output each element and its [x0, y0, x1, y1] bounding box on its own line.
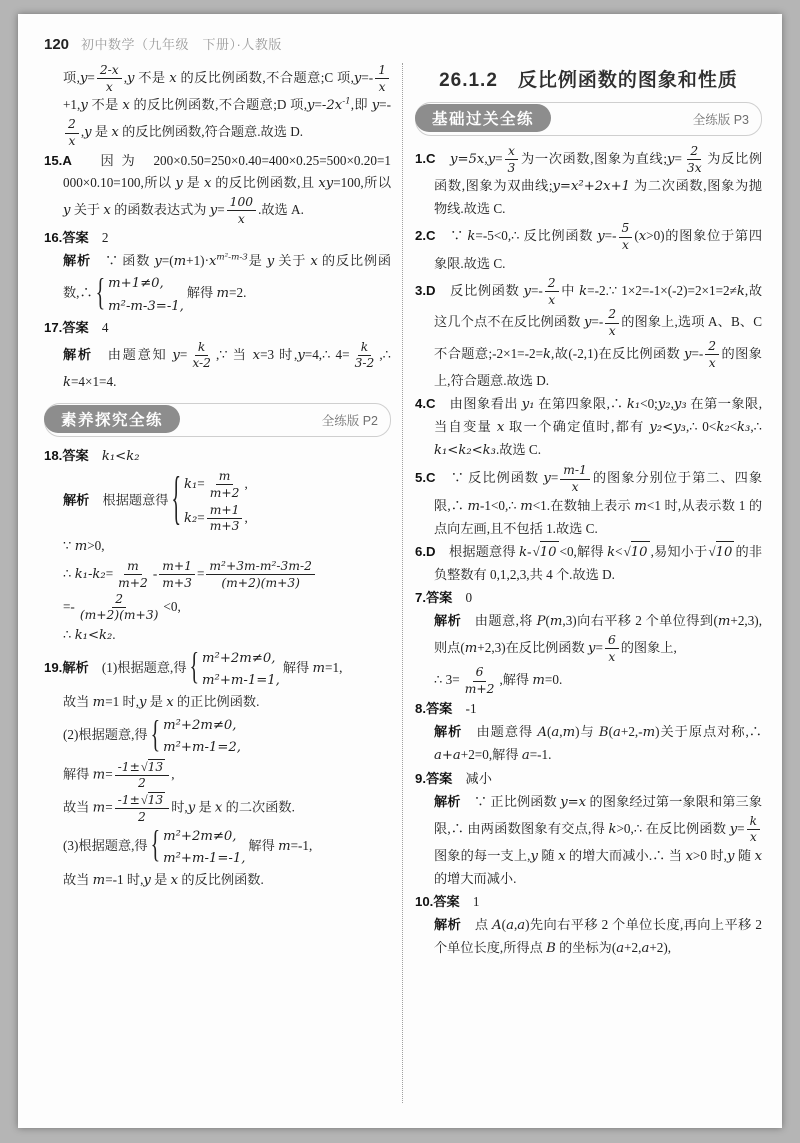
text-run: 解得 [283, 660, 313, 675]
text-run: 的增大而减小.∴ 当 [566, 848, 686, 863]
numerator: 2 [65, 117, 79, 133]
denominator: m+3 [207, 519, 243, 534]
numerator: 2 [112, 592, 126, 608]
text-run: =1 时, [105, 694, 139, 709]
fraction: mm+2 [115, 559, 151, 590]
text-run: 故当 [63, 694, 93, 709]
numerator: 2 [545, 276, 559, 292]
text-run: =4,∴ 4= [305, 346, 350, 361]
text-run: = [217, 202, 224, 217]
math-run: k₁-k₂ [75, 567, 106, 582]
denominator: 3-2 [352, 356, 378, 371]
denominator: x [747, 830, 760, 845]
bold-label: 1.C [415, 151, 436, 166]
text-run: >0, [87, 538, 104, 553]
math-run: y [530, 849, 537, 864]
math-run: B [546, 941, 556, 956]
text-run: = [105, 799, 112, 814]
workbook-page-ref: 全练版 P3 [693, 110, 749, 128]
text-run: ,易知小于 [651, 544, 708, 559]
numerator: m+1 [159, 559, 195, 575]
text-run: =( [162, 253, 174, 268]
denominator: m+2 [207, 485, 243, 500]
math-run: m [563, 725, 576, 740]
text-run: , [244, 476, 247, 491]
radicand: 10 [540, 541, 559, 564]
fraction: k3-2 [352, 340, 378, 371]
solution-line: 10.答案 1 [415, 891, 762, 913]
left-column: 项,y=2-xx,y 不是 x 的反比例函数,不合题意;C 项,y=-1x+1,… [44, 63, 402, 1103]
solution-line: 解析 ∵ 正比例函数 y=x 的图象经过第一象限和第三象限,∴ 由两函数图象有交… [415, 791, 762, 890]
text-run: =-1. [530, 747, 552, 762]
text-run: ,∴ 0< [686, 419, 716, 434]
math-run: k₁<k₂ [75, 628, 113, 643]
text-run: , [171, 766, 174, 781]
numerator: -1±√13 [115, 759, 170, 776]
text-run: 关于 [274, 253, 310, 268]
fraction: 2x [605, 307, 619, 338]
bold-label: 解析 [434, 794, 461, 809]
math-run: x [755, 849, 762, 864]
text-run: =-1 时, [105, 872, 143, 887]
text-run: 的图象上, [621, 640, 677, 655]
solution-line: (3)根据题意,得{m²+2m≠0,m²+m-1=-1,解得 m=-1, [44, 826, 391, 868]
section-header-basics: 基础过关全练 全练版 P3 [415, 102, 762, 136]
text-run: <0; [640, 396, 658, 411]
math-run: -1± [118, 760, 140, 774]
solution-line: 9.答案 减小 [415, 768, 762, 790]
radical-sign: √ [624, 541, 631, 563]
case-rows: m+1≠0,m²-m-3=-1, [108, 273, 184, 315]
solution-line: 5.C ∵ 反比例函数 y=m-1x的图象分别位于第二、四象限,∴ m-1<0,… [415, 463, 762, 539]
fraction: mm+2 [207, 469, 243, 500]
math-run: xy [318, 176, 333, 191]
text-run: =0. [545, 672, 562, 687]
text-run: 是 [146, 694, 166, 709]
text-run: = [674, 151, 681, 166]
solution-line: 1.C y=5x,y=x3为一次函数,图象为直线;y=23x为反比例函数,图象为… [415, 144, 762, 220]
denominator: x [605, 649, 618, 664]
text-run: ∴ 3= [434, 672, 460, 687]
math-run: y [175, 176, 182, 191]
denominator: 2 [135, 809, 149, 824]
text-run: = [105, 766, 112, 781]
fraction: m²+3m-m²-3m-2(m+2)(m+3) [206, 559, 314, 590]
solution-line: ∴ k₁<k₂. [44, 624, 391, 647]
math-run: a [522, 748, 530, 763]
radical-sign: √ [141, 760, 148, 775]
math-run: y [597, 229, 604, 244]
math-run: x [310, 254, 317, 269]
denominator: x [569, 480, 582, 495]
text-run: >0 时, [693, 848, 727, 863]
text-run: 点 [461, 917, 492, 932]
text-run: =- [531, 283, 543, 298]
section-header-exploration: 素养探究全练 全练版 P2 [44, 403, 391, 437]
fraction: 6m+2 [462, 665, 498, 696]
solution-line: (2)根据题意,得{m²+2m≠0,m²+m-1=2, [44, 715, 391, 757]
bold-label: 2.C [415, 228, 436, 243]
case-row: m²-m-3=-1, [108, 296, 184, 316]
superscript: -1 [342, 97, 350, 107]
text-run: ,∴ [379, 346, 391, 361]
math-run: y [543, 471, 550, 486]
text-run: 由题意得 [462, 724, 537, 739]
text-run: =- [691, 346, 703, 361]
cases-brace: { [172, 472, 182, 531]
text-run: 是 [183, 175, 204, 190]
numerator: 2 [687, 144, 701, 160]
math-run: x [558, 849, 565, 864]
radicand: 13 [148, 792, 166, 808]
fraction: m+1m+3 [207, 503, 243, 534]
solution-line: 解析 ∵ 函数 y=(m+1)·xm²-m-3是 y 关于 x 的反比例函数,∴… [44, 250, 391, 315]
text-run: 的增大而减小. [434, 871, 516, 886]
text-run: =- [361, 70, 373, 85]
math-run: -1± [118, 793, 140, 807]
math-run: a [517, 918, 525, 933]
numerator: 5 [619, 221, 633, 237]
solution-line: 解析 由题意得 A(a,m)与 B(a+2,-m)关于原点对称,∴ a+a+2=… [415, 721, 762, 767]
denominator: m+2 [462, 682, 498, 697]
text-run: =-5<0,∴ 反比例函数 [475, 228, 597, 243]
text-run: (3)根据题意,得 [63, 838, 148, 853]
denominator: x [103, 79, 116, 94]
bold-label: 9.答案 [415, 771, 452, 786]
text-run: ,3)向右平移 2 个单位得到( [562, 613, 717, 628]
denominator: x [606, 324, 619, 339]
solution-line: 解析 由题意,将 P(m,3)向右平移 2 个单位得到(m+2,3),则点(m+… [415, 610, 762, 664]
case-row: m²+m-1=-1, [163, 848, 245, 868]
text-run: 的反比例函数. [178, 872, 264, 887]
fraction: x3 [505, 144, 519, 175]
bold-label: 解析 [63, 493, 89, 508]
fraction: -1±√132 [115, 759, 170, 791]
text-run: =1, [325, 660, 342, 675]
case-row: m²+m-1=1, [202, 670, 280, 690]
text-run: 0 [452, 590, 472, 605]
text-run: 的反比例函数,不合题意;D 项, [130, 97, 307, 112]
math-run: y [172, 347, 179, 362]
fraction: 2x [65, 117, 79, 148]
solution-line: ∴ k₁-k₂=mm+2-m+1m+3=m²+3m-m²-3m-2(m+2)(m… [44, 559, 391, 590]
text-run [89, 448, 102, 463]
numerator: m+1 [207, 503, 243, 519]
numerator: k [195, 340, 208, 356]
text-run: 是 [195, 799, 215, 814]
text-run: 故当 [63, 872, 93, 887]
right-column: 26.1.2 反比例函数的图象和性质 基础过关全练 全练版 P3 1.C y=5… [402, 63, 762, 1103]
text-run: = [197, 509, 204, 524]
solution-line: 15.A 因为 200×0.50=250×0.40=400×0.25=500×0… [44, 150, 391, 226]
solution-line: 2.C ∵ k=-5<0,∴ 反比例函数 y=-5x(x>0)的图象位于第四象限… [415, 221, 762, 274]
math-run: m [75, 539, 88, 554]
text-run: +2, [624, 940, 641, 955]
text-run: .故选 C. [496, 442, 541, 457]
text-run: < [615, 544, 622, 559]
case-row: k₂=m+1m+3, [184, 503, 248, 534]
text-run: =4×1=4. [71, 374, 116, 389]
text-run: 4 [89, 320, 109, 335]
left-solutions-top: 项,y=2-xx,y 不是 x 的反比例函数,不合题意;C 项,y=-1x+1,… [44, 63, 391, 394]
math-run: y=x²+2x+1 [552, 179, 630, 194]
text-run: +1)· [186, 253, 209, 268]
sqrt: √10 [533, 541, 559, 564]
cases-brace: { [151, 828, 161, 866]
math-run: x [103, 203, 110, 218]
solution-line: 3.D 反比例函数 y=-2x中 k=-2.∵ 1×2=-1×(-2)=2×1=… [415, 276, 762, 392]
text-run: - [153, 566, 157, 581]
book-edition-title: 初中数学（九年级 下册）·人教版 [81, 34, 282, 53]
math-run: m²+m-1=1, [202, 673, 280, 688]
math-run: y=x [560, 795, 586, 810]
bold-label: 解析 [434, 724, 462, 739]
bold-label: 7.答案 [415, 590, 452, 605]
text-run: 解得 [63, 766, 93, 781]
text-run: 由图象看出 [436, 396, 522, 411]
math-run: y₂<y₃ [649, 420, 686, 435]
math-run: k [63, 375, 71, 390]
text-run: 故当 [63, 799, 93, 814]
math-run: y₃ [674, 397, 687, 412]
fraction: kx-2 [189, 340, 214, 371]
text-run: +2=0,解得 [461, 747, 522, 762]
math-run: y₂ [658, 397, 671, 412]
math-run: k [609, 822, 617, 837]
math-run: m [465, 641, 478, 656]
math-run: y [523, 284, 530, 299]
text-run: 解得 [248, 838, 278, 853]
text-run: 在第四象限,∴ [535, 396, 627, 411]
text-run: 中 [561, 283, 580, 298]
denominator: x [706, 355, 719, 370]
text-run: ,即 [351, 97, 372, 112]
math-run: y₁ [522, 397, 535, 412]
numerator: 2 [705, 339, 719, 355]
numerator: 100 [227, 195, 256, 211]
text-run: 的反比例函数,符合题意.故选 D. [119, 124, 303, 139]
fraction: 100x [227, 195, 256, 226]
math-run: k [519, 545, 527, 560]
text-run: =- [379, 97, 391, 112]
solution-line: 解析 点 A(a,a)先向右平移 2 个单位长度,再向上平移 2 个单位长度,所… [415, 914, 762, 960]
text-run: 减小 [452, 771, 492, 786]
text-run: = [197, 476, 204, 491]
solution-line: 4.C 由图象看出 y₁ 在第四象限,∴ k₁<0;y₂,y₃ 在第一象限,当自… [415, 393, 762, 462]
bold-label: 8.答案 [415, 701, 452, 716]
numerator: 6 [473, 665, 487, 681]
denominator: x-2 [189, 356, 214, 371]
math-run: m [93, 873, 106, 888]
math-run: k₁ [627, 397, 640, 412]
bold-label: 19.解析 [44, 660, 89, 675]
text-run: 解得 [187, 286, 217, 301]
math-run: m²+2m≠0, [163, 829, 236, 844]
text-run: 时, [171, 799, 187, 814]
math-run: y=5x [450, 152, 484, 167]
math-run: x [685, 849, 692, 864]
math-run: m [313, 661, 326, 676]
denominator: x [65, 134, 78, 149]
bold-label: 16.答案 [44, 230, 89, 245]
case-rows: k₁=mm+2,k₂=m+1m+3, [184, 469, 248, 534]
solution-line: 16.答案 2 [44, 227, 391, 249]
radicand: 10 [631, 541, 650, 564]
text-run: =100,所以 [333, 175, 391, 190]
text-run: <0,解得 [560, 544, 608, 559]
math-run: y [143, 873, 150, 888]
text-run: +2,- [621, 724, 643, 739]
denominator: x [376, 79, 389, 94]
text-run: 的反比例函数,不合题意;C 项, [177, 70, 354, 85]
bold-label: 10.答案 [415, 894, 460, 909]
superscript: m²-m-3 [216, 253, 247, 263]
fraction: 23x [684, 144, 705, 175]
solution-line: 7.答案 0 [415, 587, 762, 609]
solution-line: =-2(m+2)(m+3)<0, [44, 592, 391, 623]
text-run: . [112, 627, 115, 642]
math-run: m [643, 725, 656, 740]
text-run: ∵ 函数 [91, 253, 154, 268]
radicand: 13 [148, 759, 166, 775]
sqrt: √10 [708, 541, 734, 564]
radicand: 10 [716, 541, 735, 564]
text-run: =3 时, [260, 346, 297, 361]
numerator: 1 [375, 63, 389, 79]
math-run: m [93, 800, 106, 815]
text-run: = [314, 97, 321, 112]
bold-label: 5.C [415, 470, 436, 485]
math-run: x [111, 125, 118, 140]
denominator: 3x [684, 160, 705, 175]
left-solutions-bottom: 18.答案 k₁<k₂解析 根据题意得{k₁=mm+2,k₂=m+1m+3,∵ … [44, 445, 391, 892]
fraction: -1±√132 [115, 792, 170, 824]
text-run: = [87, 70, 94, 85]
math-run: x [169, 71, 176, 86]
text-run: < [730, 419, 737, 434]
math-run: m [174, 254, 187, 269]
text-run: ∵ 反比例函数 [436, 470, 544, 485]
text-run: 是 [151, 872, 171, 887]
text-run: -1<0,∴ [480, 498, 520, 513]
sqrt: √13 [141, 759, 165, 775]
text-run: 取一个确定值时,都有 [504, 419, 649, 434]
text-run: 随 [538, 848, 558, 863]
text-run: .故选 A. [258, 202, 304, 217]
math-run: m [278, 839, 291, 854]
solution-line: 故当 m=1 时,y 是 x 的正比例函数. [44, 691, 391, 714]
text-run [436, 151, 451, 166]
solution-line: ∵ m>0, [44, 535, 391, 558]
workbook-page-ref: 全练版 P2 [322, 411, 378, 429]
math-run: y [488, 152, 495, 167]
math-run: k [737, 284, 745, 299]
math-run: m²+m-1=2, [163, 740, 241, 755]
solution-line: 18.答案 k₁<k₂ [44, 445, 391, 468]
solution-line: 8.答案 -1 [415, 698, 762, 720]
text-run: - [527, 544, 531, 559]
denominator: x [545, 292, 558, 307]
math-run: k₂ [184, 510, 197, 525]
text-run: =- [63, 598, 75, 613]
numerator: k [747, 814, 760, 830]
math-run: x [122, 98, 129, 113]
text-run: ∵ [436, 228, 468, 243]
denominator: x [619, 238, 632, 253]
math-run: k₁<k₂ [102, 449, 140, 464]
solution-line: 19.解析 (1)根据题意,得{m²+2m≠0,m²+m-1=1,解得 m=1, [44, 648, 391, 690]
math-run: A [537, 725, 547, 740]
math-run: x [166, 695, 173, 710]
text-run: =- [605, 228, 617, 243]
bold-label: 解析 [63, 346, 93, 361]
text-run: 的二次函数. [222, 799, 295, 814]
text-run: 的函数表达式为 [111, 202, 210, 217]
case-row: m²+2m≠0, [202, 648, 275, 668]
solution-line: 解得 m=-1±√132, [44, 759, 391, 791]
case-row: m²+2m≠0, [163, 826, 236, 846]
cases-brace: { [151, 718, 161, 756]
math-run: m [93, 695, 106, 710]
fraction: m-1x [560, 463, 590, 494]
math-run: a [506, 918, 514, 933]
math-run: x [171, 873, 178, 888]
text-run: 的反比例函数,且 [211, 175, 318, 190]
text-run: = [737, 821, 744, 836]
numerator: x [505, 144, 518, 160]
text-run: 由题意,将 [461, 613, 536, 628]
right-solutions: 1.C y=5x,y=x3为一次函数,图象为直线;y=23x为反比例函数,图象为… [415, 144, 762, 960]
case-row: m+1≠0, [108, 273, 164, 293]
fraction: 2-xx [97, 63, 122, 94]
text-run: 图象的每一支上, [434, 848, 530, 863]
math-run: m+1≠0, [108, 276, 164, 291]
page-header: 120 初中数学（九年级 下册）·人教版 [18, 14, 782, 57]
math-run: m²+2m≠0, [163, 718, 236, 733]
denominator: (m+2)(m+3) [218, 575, 303, 590]
text-run: (1)根据题意,得 [89, 660, 187, 675]
fraction: 2x [545, 276, 559, 307]
text-run: ∵ [63, 538, 75, 553]
text-run: )关于原点对称,∴ [655, 724, 762, 739]
math-run: a+a [434, 748, 461, 763]
solution-line: 解析 根据题意得{k₁=mm+2,k₂=m+1m+3, [44, 469, 391, 534]
text-run: ,解得 [499, 672, 532, 687]
text-run: ∵ 正比例函数 [461, 794, 561, 809]
bold-label: 15.A [44, 153, 72, 168]
math-run: k [579, 284, 587, 299]
text-run: +2,3)在反比例函数 [477, 640, 588, 655]
math-run: y [297, 347, 304, 362]
bold-label: 18.答案 [44, 448, 89, 463]
sqrt: √10 [624, 541, 650, 564]
fraction: 2x [705, 339, 719, 370]
text-run: 随 [734, 848, 754, 863]
numerator: m [124, 559, 142, 575]
text-run: =-2.∵ 1×2=-1×(-2)=2×1=2≠ [587, 283, 737, 298]
solution-line: 故当 m=-1±√132时,y 是 x 的二次函数. [44, 792, 391, 824]
text-run: 关于 [70, 202, 103, 217]
math-run: B [599, 725, 609, 740]
case-rows: m²+2m≠0,m²+m-1=1, [202, 648, 280, 690]
bold-label: 解析 [434, 917, 461, 932]
text-run: 根据题意得 [89, 493, 168, 508]
numerator: -1±√13 [115, 792, 170, 809]
radical-sign: √ [533, 541, 540, 563]
fraction: 6x [605, 633, 619, 664]
denominator: x [235, 211, 248, 226]
solution-line: ∴ 3=6m+2,解得 m=0. [415, 665, 762, 696]
